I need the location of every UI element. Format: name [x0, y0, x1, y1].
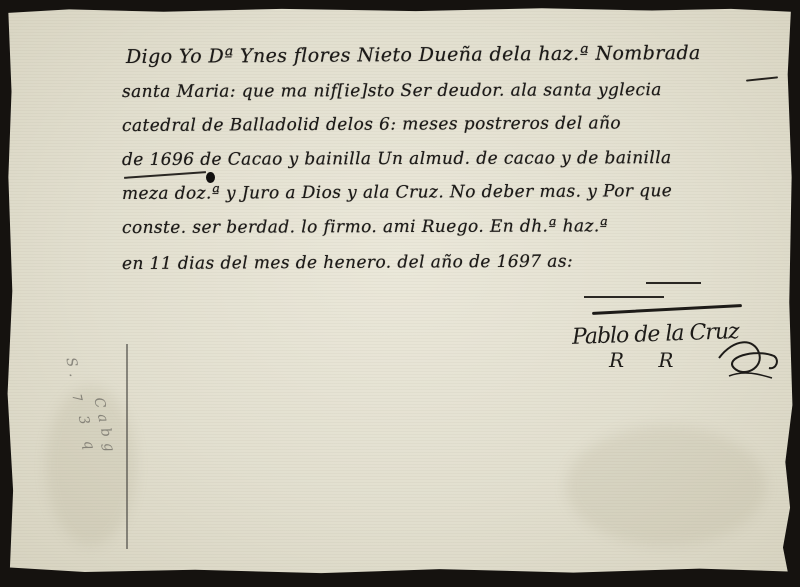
- text-line-6: conste. ser berdad. lo firmo. ami Ruego.…: [122, 216, 608, 238]
- signature-stroke: [592, 304, 742, 315]
- line-flourish: [746, 76, 778, 81]
- signature-overline: [584, 296, 664, 298]
- margin-rule: [126, 344, 128, 549]
- year-underline: [124, 171, 206, 178]
- text-line-7: en 11 dias del mes de henero. del año de…: [122, 252, 573, 274]
- paper-stain: [566, 426, 766, 546]
- paper-sheet: Digo Yo Dª Ynes flores Nieto Dueña dela …: [6, 6, 794, 576]
- rubric-flourish-icon: [714, 328, 784, 388]
- text-line-4: de 1696 de Cacao y bainilla Un almud. de…: [122, 148, 672, 170]
- scanned-document: Digo Yo Dª Ynes flores Nieto Dueña dela …: [0, 0, 800, 587]
- paper-stain: [46, 386, 136, 546]
- signature-block: Pablo de la Cruz R R: [554, 288, 784, 398]
- signature-rubric: R R: [609, 348, 687, 372]
- ink-blot: [206, 172, 215, 183]
- text-line-3: catedral de Balladolid delos 6: meses po…: [122, 113, 621, 136]
- text-line-1: Digo Yo Dª Ynes flores Nieto Dueña dela …: [126, 42, 701, 68]
- year-underline: [646, 282, 701, 284]
- text-line-2: santa Maria: que ma nif[ie]sto Ser deudo…: [122, 80, 662, 102]
- text-line-5: meza doz.ª y Juro a Dios y ala Cruz. No …: [122, 181, 672, 204]
